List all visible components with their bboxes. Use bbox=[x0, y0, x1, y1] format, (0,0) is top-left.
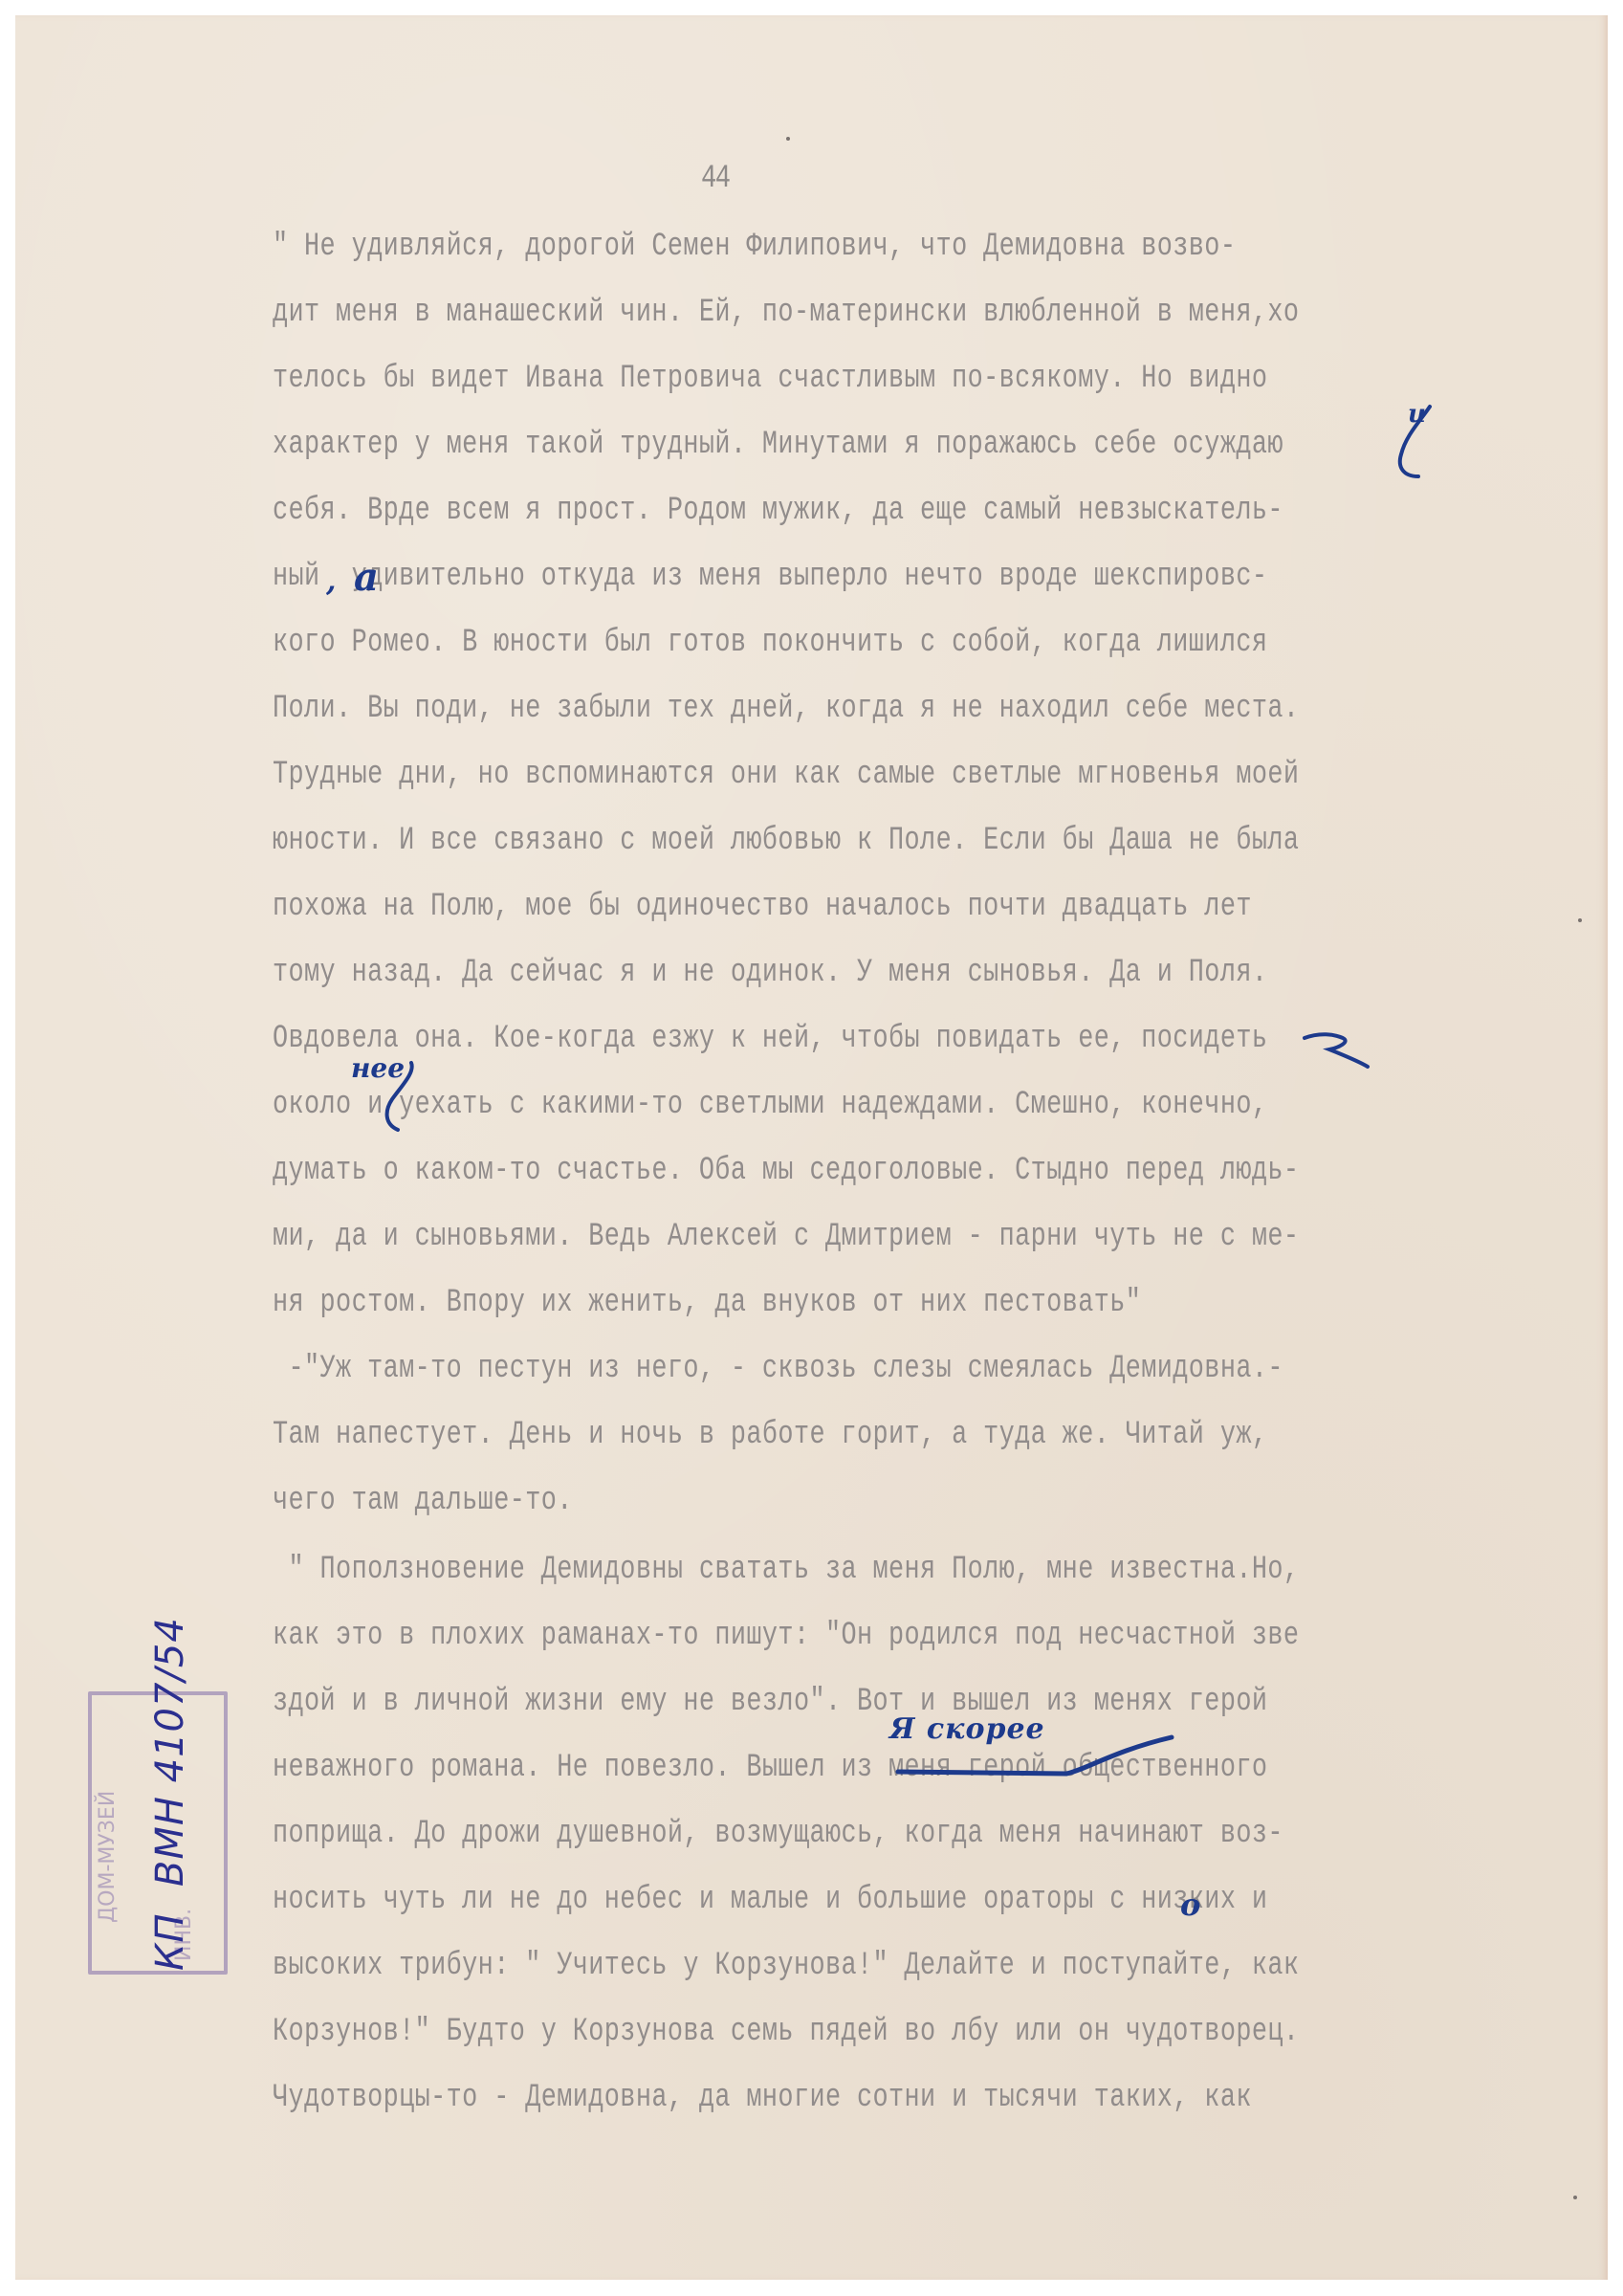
text-line: как это в плохих раманах-то пишут: "Он р… bbox=[273, 1617, 1315, 1655]
strikethrough-line bbox=[894, 1732, 1181, 1789]
insert-letter-a: а bbox=[354, 555, 379, 600]
text-line: похожа на Полю, мое бы одиночество начал… bbox=[273, 888, 1315, 926]
page-number: 44 bbox=[701, 161, 729, 197]
text-line: кого Ромео. В юности был готов покончить… bbox=[273, 624, 1315, 662]
text-line: около и уехать с какими-то светлыми наде… bbox=[273, 1086, 1315, 1124]
text-line: ми, да и сыновьями. Ведь Алексей с Дмитр… bbox=[273, 1218, 1315, 1256]
text-line: Овдовела она. Кое-когда езжу к ней, чтоб… bbox=[273, 1020, 1315, 1058]
text-line: телось бы видет Ивана Петровича счастлив… bbox=[273, 360, 1315, 398]
text-line: Там напестует. День и ночь в работе гори… bbox=[273, 1416, 1315, 1454]
stamp-printed-text: ДОМ-МУЗЕЙ bbox=[96, 1791, 120, 1923]
text-line: ный удивительно откуда из меня выперло н… bbox=[273, 558, 1315, 596]
insert-comma: , bbox=[326, 564, 336, 598]
text-line: носить чуть ли не до небес и малые и бол… bbox=[273, 1881, 1315, 1919]
text-line: здой и в личной жизни ему не везло". Вот… bbox=[273, 1683, 1315, 1721]
text-line: юности. И все связано с моей любовью к П… bbox=[273, 822, 1315, 860]
paper-speck bbox=[1578, 918, 1582, 922]
stamp-inventory-number: КП ВМН 4107/54 bbox=[148, 1617, 192, 1971]
text-line: " Не удивляйся, дорогой Семен Филипович,… bbox=[273, 228, 1315, 266]
text-line: высоких трибун: " Учитесь у Корзунова!" … bbox=[273, 1947, 1315, 1985]
text-line: -"Уж там-то пестун из него, - сквозь сле… bbox=[273, 1350, 1315, 1388]
text-line: характер у меня такой трудный. Минутами … bbox=[273, 426, 1315, 464]
text-line: Корзунов!" Будто у Корзунова семь пядей … bbox=[273, 2013, 1315, 2051]
text-line: поприща. До дрожи душевной, возмущаюсь, … bbox=[273, 1815, 1315, 1853]
text-line: Чудотворцы-то - Демидовна, да многие сот… bbox=[273, 2079, 1315, 2117]
text-line: себя. Врде всем я прост. Родом мужик, да… bbox=[273, 492, 1315, 530]
caret-mark-icon bbox=[373, 1057, 421, 1143]
paper-speck bbox=[786, 137, 790, 141]
strike-squiggle-icon bbox=[1301, 1028, 1377, 1081]
text-line: чего там дальше-то. bbox=[273, 1482, 1315, 1520]
document-page bbox=[15, 15, 1608, 2280]
paper-speck bbox=[1573, 2196, 1577, 2199]
text-line: дит меня в манашеский чин. Ей, по-матери… bbox=[273, 294, 1315, 332]
text-line: Трудные дни, но вспоминаются они как сам… bbox=[273, 756, 1315, 794]
text-line: Поли. Вы поди, не забыли тех дней, когда… bbox=[273, 690, 1315, 728]
text-line: тому назад. Да сейчас я и не одинок. У м… bbox=[273, 954, 1315, 992]
text-line: ня ростом. Впору их женить, да внуков от… bbox=[273, 1284, 1315, 1322]
text-line: думать о каком-то счастье. Оба мы седого… bbox=[273, 1152, 1315, 1190]
insert-letter-o: о bbox=[1180, 1887, 1200, 1923]
caret-mark-icon bbox=[1392, 402, 1449, 488]
text-line: " Поползновение Демидовны сватать за мен… bbox=[273, 1551, 1315, 1589]
